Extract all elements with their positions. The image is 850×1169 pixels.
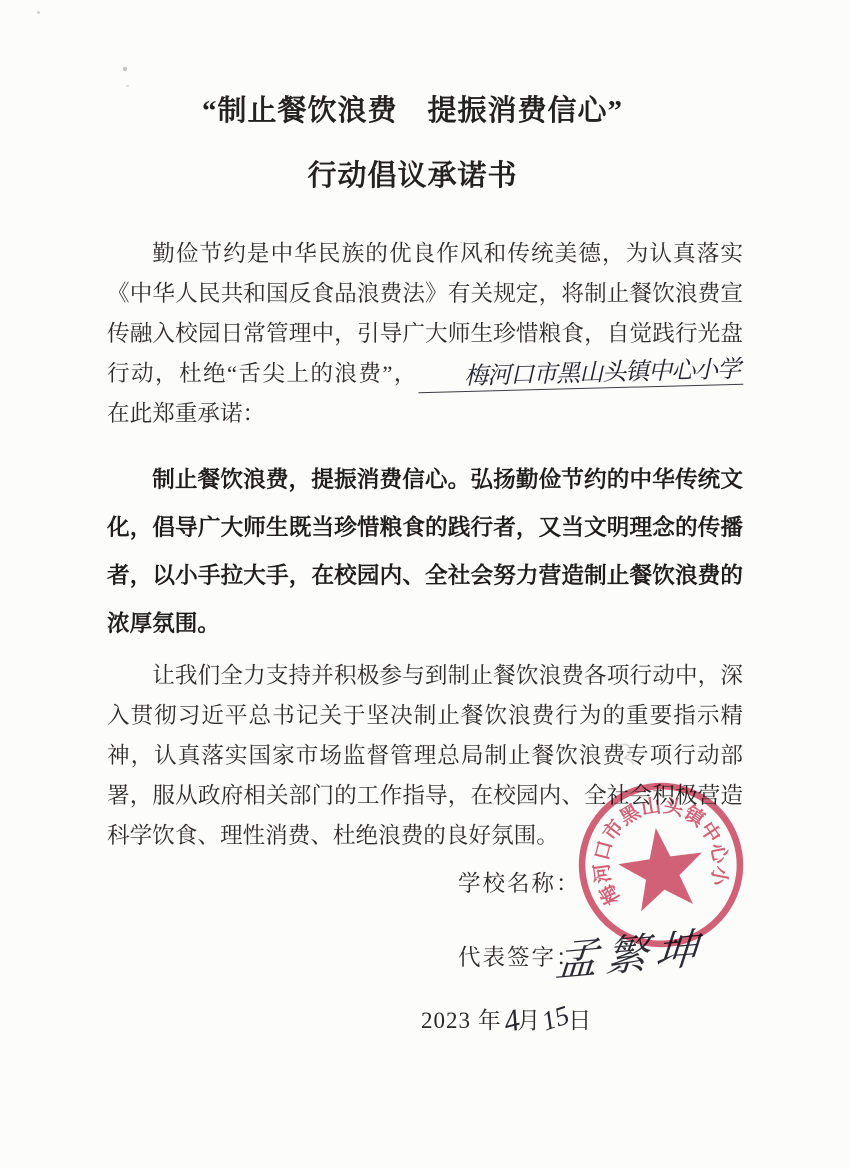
seal-star-icon — [614, 822, 709, 914]
body-text: 勤俭节约是中华民族的优良作风和传统美德，为认真落实《中华人民共和国反食品浪费法》… — [107, 234, 743, 856]
date-line: 2023 年4月15日 — [421, 1002, 592, 1039]
scan-pencil-mark — [612, 742, 642, 768]
scan-artifact — [123, 67, 127, 71]
date-year: 2023 年 — [421, 1008, 502, 1033]
document-title-line1: “制止餐饮浪费 提振消费信心” — [90, 88, 735, 129]
document-title-line2: 行动倡议承诺书 — [90, 153, 735, 194]
school-name-label: 学校名称： — [458, 866, 581, 898]
paragraph-intro-tail: 在此郑重承诺： — [107, 401, 265, 426]
scan-artifact — [126, 85, 129, 87]
official-seal: 梅河口市黑山头镇中心小学 — [564, 768, 758, 962]
scan-artifact — [37, 11, 40, 14]
handwritten-school-name: 梅河口市黑山头镇中心小学 — [418, 357, 744, 394]
paragraph-intro: 勤俭节约是中华民族的优良作风和传统美德，为认真落实《中华人民共和国反食品浪费法》… — [107, 234, 743, 434]
document-page: “制止餐饮浪费 提振消费信心” 行动倡议承诺书 勤俭节约是中华民族的优良作风和传… — [0, 0, 850, 1169]
paragraph-pledge: 制止餐饮浪费，提振消费信心。弘扬勤俭节约的中华传统文化，倡导广大师生既当珍惜粮食… — [107, 456, 743, 648]
